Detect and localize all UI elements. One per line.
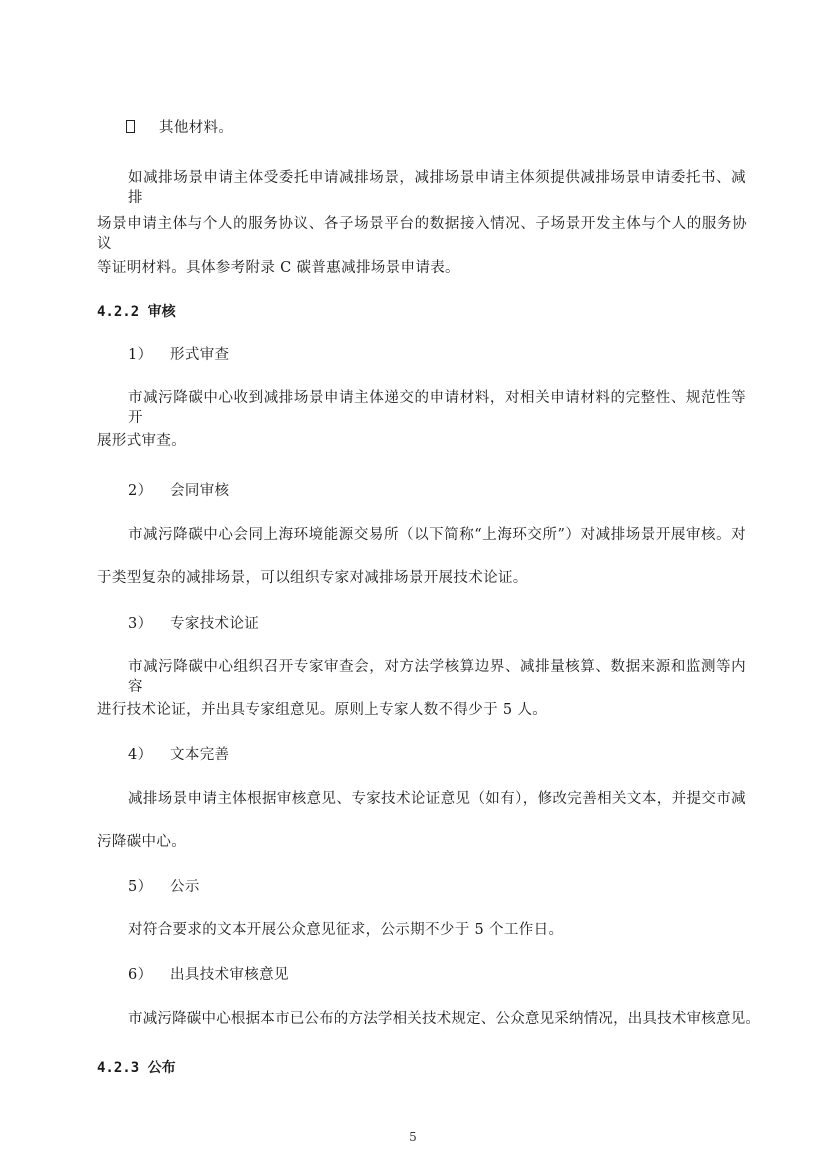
- section-number: 4.2.3: [97, 1060, 139, 1076]
- step-number: 3）: [128, 614, 170, 634]
- step-heading: 3）专家技术论证: [128, 614, 259, 634]
- paragraph-line: 对符合要求的文本开展公众意见征求，公示期不少于 5 个工作日。: [128, 920, 563, 940]
- step-title: 形式审查: [170, 347, 229, 363]
- step-title: 文本完善: [170, 747, 229, 763]
- paragraph-line: 市减污降碳中心会同上海环境能源交易所（以下简称“上海环交所”）对减排场景开展审核…: [128, 525, 746, 545]
- paragraph-line: 于类型复杂的减排场景，可以组织专家对减排场景开展技术论证。: [97, 568, 528, 588]
- section-heading-4-2-3: 4.2.3 公布: [97, 1058, 176, 1078]
- paragraph-line: 污降碳中心。: [97, 832, 186, 852]
- section-title: 公布: [148, 1060, 176, 1076]
- step-title: 出具技术审核意见: [170, 967, 289, 983]
- paragraph-line: 市减污降碳中心根据本市已公布的方法学相关技术规定、公众意见采纳情况，出具技术审核…: [128, 1009, 760, 1029]
- paragraph-line: 减排场景申请主体根据审核意见、专家技术论证意见（如有），修改完善相关文本，并提交…: [128, 789, 746, 809]
- paragraph-line: 市减污降碳中心收到减排场景申请主体递交的申请材料，对相关申请材料的完整性、规范性…: [128, 388, 746, 428]
- step-number: 5）: [128, 877, 170, 897]
- paragraph-line: 如减排场景申请主体受委托申请减排场景，减排场景申请主体须提供减排场景申请委托书、…: [128, 168, 746, 208]
- step-number: 6）: [128, 965, 170, 985]
- step-number: 2）: [128, 481, 170, 501]
- step-title: 专家技术论证: [170, 616, 259, 632]
- step-title: 公示: [170, 879, 200, 895]
- paragraph-line: 展形式审查。: [97, 431, 186, 451]
- square-bullet-icon: [126, 120, 135, 133]
- step-heading: 1）形式审查: [128, 345, 229, 365]
- section-number: 4.2.2: [97, 304, 139, 320]
- section-heading-4-2-2: 4.2.2 审核: [97, 302, 176, 322]
- step-number: 1）: [128, 345, 170, 365]
- paragraph-line: 进行技术论证，并出具专家组意见。原则上专家人数不得少于 5 人。: [97, 700, 547, 720]
- step-heading: 4）文本完善: [128, 745, 229, 765]
- step-title: 会同审核: [170, 483, 229, 499]
- paragraph-line: 等证明材料。具体参考附录 C 碳普惠减排场景申请表。: [97, 258, 460, 278]
- bullet-text: 其他材料。: [159, 120, 233, 136]
- section-title: 审核: [148, 304, 176, 320]
- step-heading: 5）公示: [128, 877, 200, 897]
- step-heading: 2）会同审核: [128, 481, 229, 501]
- page-number: 5: [0, 1130, 826, 1144]
- bullet-list-item: 其他材料。: [126, 118, 233, 138]
- paragraph-line: 市减污降碳中心组织召开专家审查会，对方法学核算边界、减排量核算、数据来源和监测等…: [128, 657, 746, 697]
- step-heading: 6）出具技术审核意见: [128, 965, 289, 985]
- paragraph-line: 场景申请主体与个人的服务协议、各子场景平台的数据接入情况、子场景开发主体与个人的…: [97, 214, 747, 254]
- step-number: 4）: [128, 745, 170, 765]
